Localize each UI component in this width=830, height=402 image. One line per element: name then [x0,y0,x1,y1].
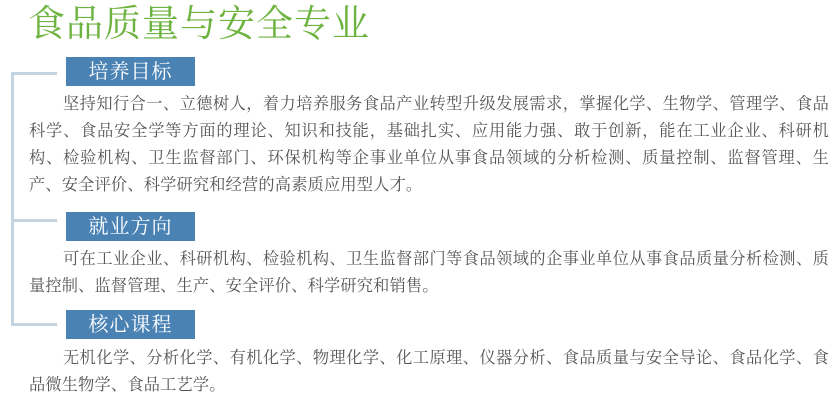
bracket-connector-2 [11,219,57,222]
section-text-core-courses: 无机化学、分析化学、有机化学、物理化学、化工原理、仪器分析、食品质量与安全导论、… [29,344,829,398]
bracket-vertical-line [11,72,14,326]
section-label-career-direction: 就业方向 [66,212,195,241]
section-label-core-courses: 核心课程 [66,310,195,339]
section-text-career-direction: 可在工业企业、科研机构、检验机构、卫生监督部门等食品领域的企事业单位从事食品质量… [29,245,829,299]
bracket-connector-3 [11,323,57,326]
bracket-connector-1 [11,72,57,75]
section-label-training-goals: 培养目标 [66,57,195,86]
page-title: 食品质量与安全专业 [28,2,370,46]
section-text-training-goals: 坚持知行合一、立德树人，着力培养服务食品产业转型升级发展需求，掌握化学、生物学、… [29,90,829,198]
